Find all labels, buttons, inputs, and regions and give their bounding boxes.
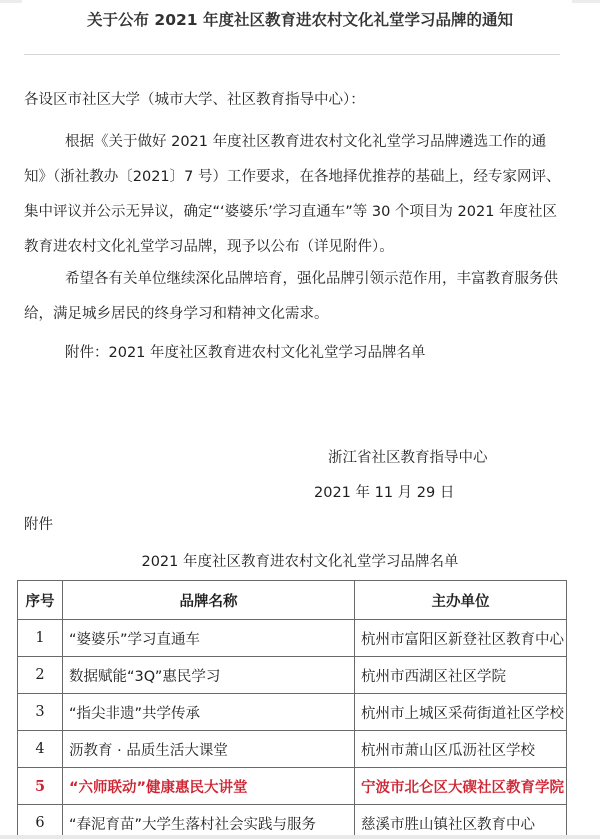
row-no: 6: [18, 805, 63, 839]
title-divider: [24, 54, 560, 55]
attachment-label: 附件: [24, 513, 53, 534]
row-brand-name: 沥教育 · 品质生活大课堂: [63, 731, 355, 768]
row-no: 5: [18, 768, 63, 805]
row-organizer: 杭州市上城区采荷街道社区学校: [355, 694, 567, 731]
header-organizer: 主办单位: [355, 581, 567, 620]
brand-list-table: 序号 品牌名称 主办单位 1 “婆婆乐”学习直通车 杭州市富阳区新登社区教育中心…: [17, 580, 567, 839]
body-paragraph-1: 根据《关于做好 2021 年度社区教育进农村文化礼堂学习品牌遴选工作的通知》（浙…: [24, 125, 564, 265]
table-row: 1 “婆婆乐”学习直通车 杭州市富阳区新登社区教育中心: [18, 620, 567, 657]
table-row-highlighted: 5 “六师联动”健康惠民大讲堂 宁波市北仑区大碶社区教育学院: [18, 768, 567, 805]
row-brand-name: “春泥育苗”大学生落村社会实践与服务: [63, 805, 355, 839]
list-title: 2021 年度社区教育进农村文化礼堂学习品牌名单: [0, 550, 600, 571]
header-no: 序号: [18, 581, 63, 620]
page-title: 关于公布 2021 年度社区教育进农村文化礼堂学习品牌的通知: [0, 8, 600, 30]
table-row: 6 “春泥育苗”大学生落村社会实践与服务 慈溪市胜山镇社区教育中心: [18, 805, 567, 839]
row-brand-name: 数据赋能“3Q”惠民学习: [63, 657, 355, 694]
header-brand-name: 品牌名称: [63, 581, 355, 620]
salutation: 各设区市社区大学（城市大学、社区教育指导中心）：: [24, 83, 564, 118]
row-organizer: 杭州市西湖区社区学院: [355, 657, 567, 694]
row-organizer: 宁波市北仑区大碶社区教育学院: [355, 768, 567, 805]
row-no: 3: [18, 694, 63, 731]
row-organizer: 慈溪市胜山镇社区教育中心: [355, 805, 567, 839]
bottom-edge: [0, 835, 600, 839]
row-brand-name: “婆婆乐”学习直通车: [63, 620, 355, 657]
row-organizer: 杭州市富阳区新登社区教育中心: [355, 620, 567, 657]
attachment-note: 附件：2021 年度社区教育进农村文化礼堂学习品牌名单: [65, 341, 426, 362]
body-paragraph-2: 希望各有关单位继续深化品牌培育，强化品牌引领示范作用，丰富教育服务供给，满足城乡…: [24, 262, 564, 332]
table-row: 2 数据赋能“3Q”惠民学习 杭州市西湖区社区学院: [18, 657, 567, 694]
top-right-edge: [572, 0, 600, 3]
table-row: 4 沥教育 · 品质生活大课堂 杭州市萧山区瓜沥社区学校: [18, 731, 567, 768]
table-header-row: 序号 品牌名称 主办单位: [18, 581, 567, 620]
row-brand-name: “六师联动”健康惠民大讲堂: [63, 768, 355, 805]
issue-date: 2021 年 11 月 29 日: [314, 481, 454, 502]
top-left-edge: [0, 0, 22, 3]
row-organizer: 杭州市萧山区瓜沥社区学校: [355, 731, 567, 768]
row-no: 4: [18, 731, 63, 768]
row-brand-name: “指尖非遗”共学传承: [63, 694, 355, 731]
row-no: 2: [18, 657, 63, 694]
issuer-signature: 浙江省社区教育指导中心: [328, 446, 488, 467]
table-row: 3 “指尖非遗”共学传承 杭州市上城区采荷街道社区学校: [18, 694, 567, 731]
row-no: 1: [18, 620, 63, 657]
